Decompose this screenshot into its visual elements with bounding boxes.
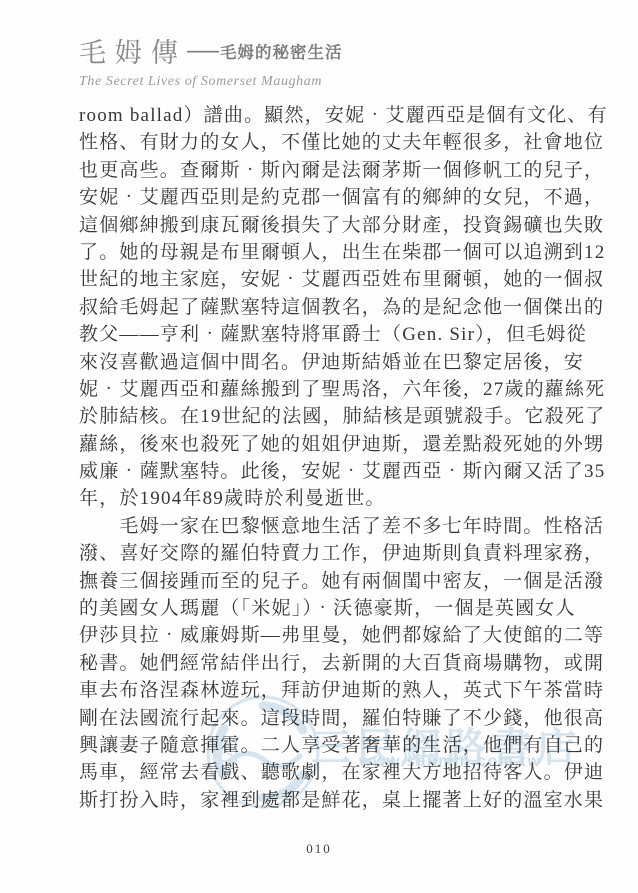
text-line: 威廉‧薩默塞特。此後，安妮‧艾麗西亞‧斯內爾又活了35 xyxy=(79,458,565,485)
text-line: 世紀的地主家庭，安妮‧艾麗西亞姓布里爾頓，她的一個叔 xyxy=(79,266,565,293)
text-line: 興讓妻子隨意揮霍。二人享受著奢華的生活，他們有自己的 xyxy=(79,732,565,759)
text-line: 妮‧艾麗西亞和蘿絲搬到了聖馬洛，六年後，27歲的蘿絲死 xyxy=(79,376,565,403)
text-line: 來沒喜歡過這個中間名。伊迪斯結婚並在巴黎定居後，安 xyxy=(79,349,565,376)
book-page: 毛姆傳 —— 毛姆的秘密生活 The Secret Lives of Somer… xyxy=(0,0,638,893)
text-line: 性格、有財力的女人，不僅比她的丈夫年輕很多，社會地位 xyxy=(79,129,565,156)
header-title-row: 毛姆傳 —— 毛姆的秘密生活 xyxy=(79,31,343,70)
text-line: room ballad）譜曲。顯然，安妮‧艾麗西亞是個有文化、有 xyxy=(79,102,565,129)
text-line: 也更高些。查爾斯‧斯內爾是法爾茅斯一個修帆工的兒子， xyxy=(79,157,565,184)
book-subtitle-english: The Secret Lives of Somerset Maugham xyxy=(79,74,343,90)
page-number: 010 xyxy=(306,841,332,856)
text-line: 毛姆一家在巴黎愜意地生活了差不多七年時間。性格活 xyxy=(79,513,565,540)
title-dash: —— xyxy=(187,41,217,61)
text-line: 安妮‧艾麗西亞則是約克郡一個富有的鄉紳的女兒，不過， xyxy=(79,184,565,211)
text-line: 車去布洛涅森林遊玩，拜訪伊迪斯的熟人，英式下午茶當時 xyxy=(79,677,565,704)
body-text: room ballad）譜曲。顯然，安妮‧艾麗西亞是個有文化、有性格、有財力的女… xyxy=(79,102,565,814)
text-line: 撫養三個接踵而至的兒子。她有兩個閨中密友，一個是活潑 xyxy=(79,568,565,595)
page-footer: 010 xyxy=(0,840,638,858)
text-line: 剛在法國流行起來。這段時間，羅伯特賺了不少錢，他很高 xyxy=(79,705,565,732)
page-header: 毛姆傳 —— 毛姆的秘密生活 The Secret Lives of Somer… xyxy=(79,31,343,90)
text-line: 叔給毛姆起了薩默塞特這個教名，為的是紀念他一個傑出的 xyxy=(79,294,565,321)
text-line: 馬車，經常去看戲、聽歌劇，在家裡大方地招待客人。伊迪 xyxy=(79,759,565,786)
text-line: 於肺結核。在19世紀的法國，肺結核是頭號殺手。它殺死了 xyxy=(79,403,565,430)
book-title: 毛姆傳 xyxy=(79,31,187,70)
text-line: 了。她的母親是布里爾頓人，出生在柴郡一個可以追溯到12 xyxy=(79,239,565,266)
text-line: 蘿絲，後來也殺死了她的姐姐伊迪斯，還差點殺死她的外甥 xyxy=(79,431,565,458)
text-line: 潑、喜好交際的羅伯特賣力工作，伊迪斯則負責料理家務， xyxy=(79,540,565,567)
text-line: 的美國女人瑪麗（「米妮」）‧沃德豪斯，一個是英國女人 xyxy=(79,595,565,622)
book-subtitle: 毛姆的秘密生活 xyxy=(220,39,343,63)
text-line: 這個鄉紳搬到康瓦爾後損失了大部分財產，投資錫礦也失敗 xyxy=(79,212,565,239)
text-line: 教父——亨利‧薩默塞特將軍爵士（Gen. Sir），但毛姆從 xyxy=(79,321,565,348)
text-line: 秘書。她們經常結伴出行，去新開的大百貨商場購物，或開 xyxy=(79,650,565,677)
text-line: 伊莎貝拉‧威廉姆斯—弗里曼，她們都嫁給了大使館的二等 xyxy=(79,622,565,649)
text-line: 斯打扮入時，家裡到處都是鮮花，桌上擺著上好的溫室水果 xyxy=(79,787,565,814)
text-line: 年，於1904年89歲時於利曼逝世。 xyxy=(79,485,565,512)
